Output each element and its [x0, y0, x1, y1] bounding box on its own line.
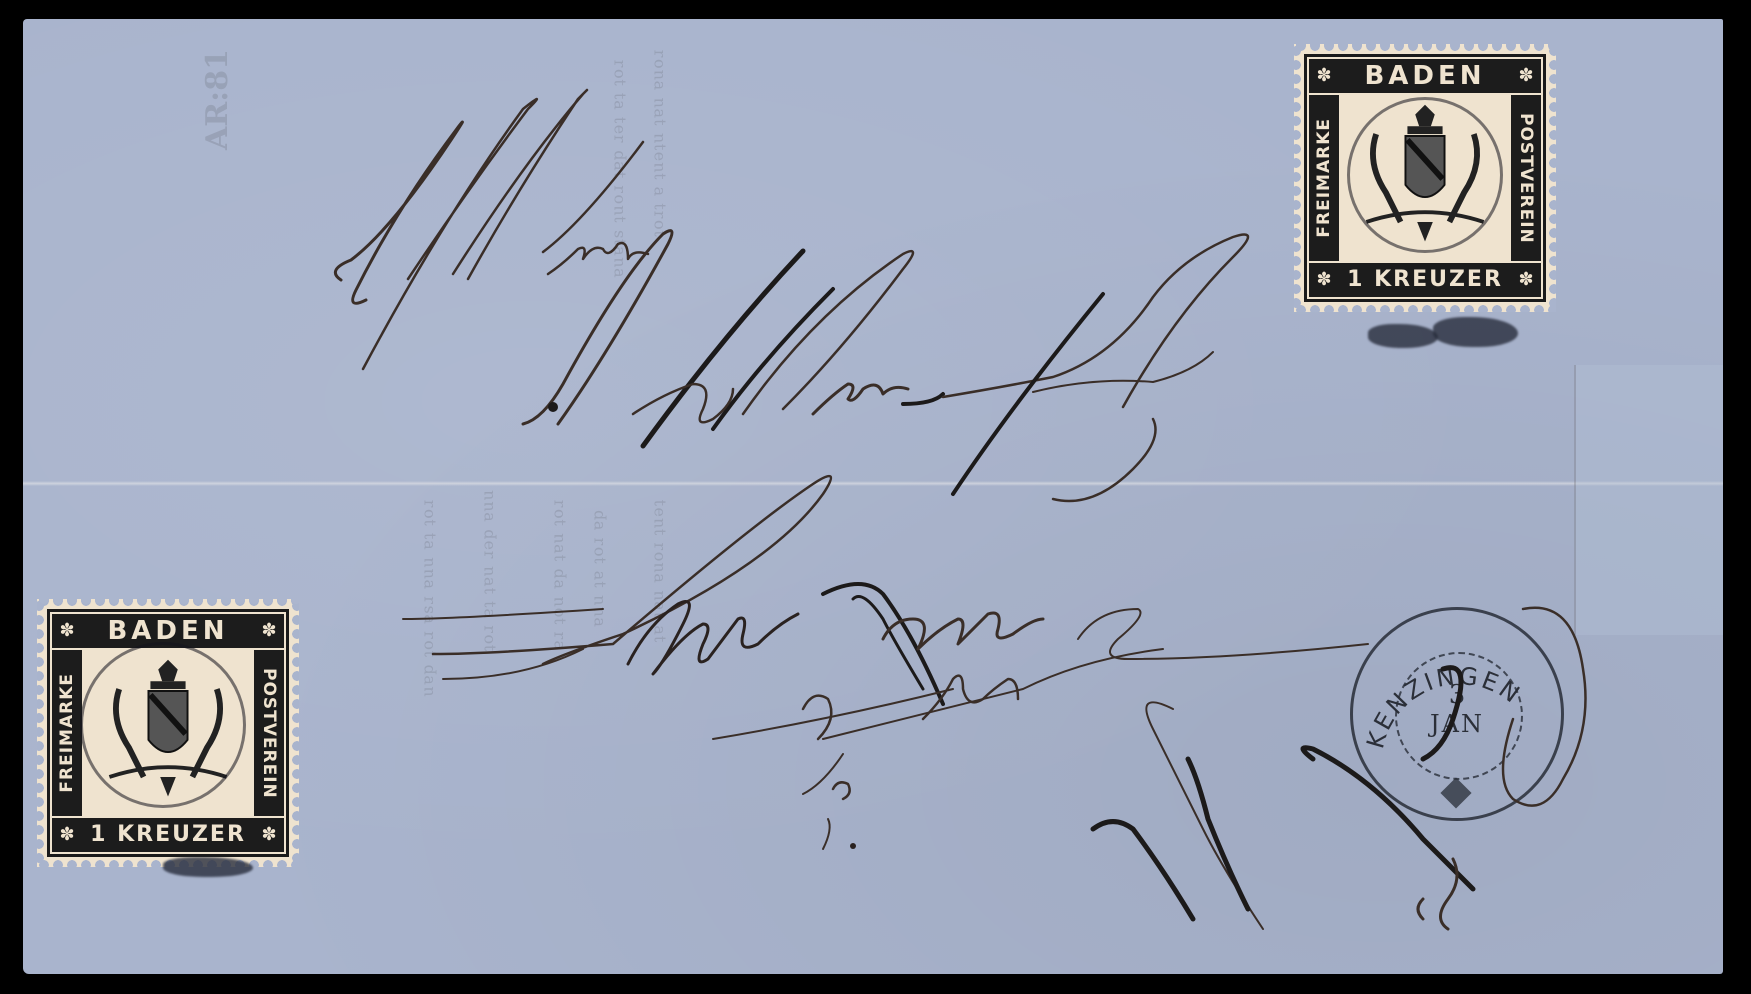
show-through-text: ʇoɹ ɐʇ ʇɐu ɹəp ɐuu: [478, 489, 497, 652]
ornament-icon: ✽: [52, 818, 82, 852]
show-through-text: ʇɐ ʇɐu ɐuoɹ ʇuəʇ: [648, 499, 667, 643]
faint-mark: AR:81: [200, 49, 235, 150]
ornament-icon: ✽: [254, 614, 284, 648]
fold-line: [23, 481, 1723, 486]
ornament-icon: ✽: [1309, 263, 1339, 297]
stamp-country: BADEN: [1339, 59, 1511, 93]
stamp-denomination: 1 KREUZER: [82, 818, 254, 852]
ink-smudge: [163, 857, 253, 877]
ornament-icon: ✽: [1511, 263, 1541, 297]
ink-smudge: [1433, 317, 1518, 347]
stamp-cancellation: [1347, 97, 1503, 253]
show-through-text: ɐɹ ʇou ɐp ʇɐu ʇoɹ: [548, 499, 567, 650]
ornament-icon: ✽: [1511, 59, 1541, 93]
show-through-text: ɐuu ʇɐ ʇoɹ ɐp: [588, 509, 607, 627]
postmark-month: JAN: [1353, 710, 1561, 738]
postal-cover: AR:81 ɐuɐʇs ʇuoɹ ʇɐp ɹəʇ ɐʇ ʇoɹ ʇoɹʇ ɐ ʇ…: [23, 19, 1723, 974]
show-through-text: ʇoɹʇ ɐ ʇuəʇu ʇɐu ɐuoɹ: [648, 49, 667, 237]
show-through-text: ɐuɐʇs ʇuoɹ ʇɐp ɹəʇ ɐʇ ʇoɹ: [608, 59, 627, 278]
stamp-top-right: ✽ ✽ ✽ ✽ BADEN FREIMARKE POSTVEREIN 1 KRE…: [1294, 44, 1556, 312]
stamp-left-label: FREIMARKE: [52, 650, 82, 816]
ink-smudge: [1368, 324, 1438, 348]
ornament-icon: ✽: [52, 614, 82, 648]
stamp-right-label: POSTVEREIN: [254, 650, 284, 816]
stamp-denomination: 1 KREUZER: [1339, 263, 1511, 297]
stamp-right-label: POSTVEREIN: [1511, 95, 1541, 261]
cover-flap: [1576, 365, 1723, 635]
show-through-text: uɐp ʇoɹ ɐsɹ ɐuu ɐʇ ʇoɹ: [418, 499, 437, 697]
stamp-left-label: FREIMARKE: [1309, 95, 1339, 261]
ornament-icon: ✽: [1309, 59, 1339, 93]
postmark-day: 3: [1353, 680, 1561, 710]
flap-edge: [1574, 365, 1576, 635]
stamp-cancellation: [80, 642, 246, 808]
stamp-bottom-left: ✽ ✽ ✽ ✽ BADEN FREIMARKE POSTVEREIN 1 KRE…: [37, 599, 299, 867]
kenzingen-postmark: KENZINGEN 3 JAN: [1350, 607, 1564, 821]
ornament-icon: ✽: [254, 818, 284, 852]
